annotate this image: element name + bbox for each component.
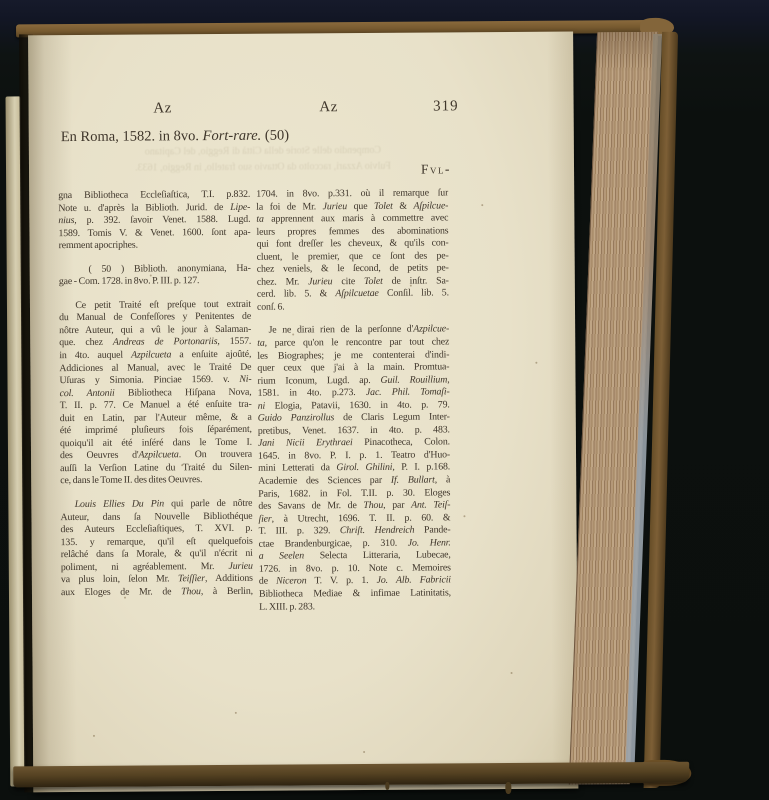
text-run: poliment, ni agréablement. Mr. [61, 561, 229, 573]
text-run: cluent, le premier, que ce ſont des pe- [257, 250, 449, 262]
text-run: relâché dans ſa Morale, & qu'il n'écrit … [61, 548, 253, 560]
text-run: 135. y remarque, qu'il eſt quelquefois [61, 535, 253, 547]
text-run: gna Bibliotheca Eccleſiaſtica, T.I. p.83… [58, 189, 250, 201]
text-run: quoiqu'il ait été inſéré dans le Tome I. [60, 437, 252, 449]
italic-text-run: Niceron [276, 576, 306, 587]
text-run: Je ne dirai rien de la perſonne d' [257, 324, 413, 336]
text-run: pretibus, Venet. 1637. in 4to. p. 483. [258, 424, 450, 436]
text-line: L. XIII. p. 283. [259, 600, 451, 614]
text-run: , à Berlin, [201, 586, 253, 597]
text-run: Note u. d'après la Biblioth. Jurid. de [58, 201, 230, 213]
italic-text-run: Azpilcue- [413, 324, 449, 335]
text-run: 1704. in 8vo. p.331. où il remarque ſur [256, 187, 448, 199]
ink-speck [150, 274, 152, 276]
text-run: T. V. p. 1. [306, 575, 376, 586]
text-run: leurs propres femmes des abominations [256, 225, 448, 237]
text-run: qui font dreſſer les cheveux, & qu'ils c… [257, 238, 449, 250]
catchword: Fvl- [359, 161, 451, 178]
text-line: aux Eloges de Mr. de Thou, à Berlin, [61, 586, 253, 600]
text-run: cerd. lib. 5. & [257, 289, 336, 301]
text-run: chez. Mr. [257, 276, 308, 287]
photo-background: { "page": { "header": { "left_title": "A… [0, 0, 769, 800]
running-title-right: Az [307, 99, 351, 116]
italic-text-run: Aſpilcue- [413, 200, 448, 211]
text-run: 1589. Tomis V. & Venet. 1600. ſont apa- [58, 226, 250, 238]
italic-text-run: Ni- [239, 374, 251, 385]
italic-text-run: Thou [363, 500, 383, 511]
italic-text-run: Guido Panzirollus [258, 412, 334, 424]
text-run: remment apocriphes. [59, 240, 138, 252]
text-run: Auteur, dans ſa Nouvelle Bibliothéque [60, 510, 252, 522]
italic-text-run: Aſpilcuetae [335, 288, 378, 299]
text-run: a enſuite ajoûté, [171, 349, 251, 361]
text-run: mini Letterati da [258, 463, 336, 475]
text-run: 1645. in 8vo. P. I. p. 1. Teatro d'Huo- [258, 449, 450, 461]
text-run: qui parle de nôtre [164, 498, 252, 510]
text-column-left: gna Bibliotheca Eccleſiaſtica, T.I. p.83… [58, 189, 253, 600]
italic-text-run: Jo. Alb. Fabricii [377, 575, 451, 587]
italic-text-run: ſier [258, 513, 271, 524]
text-run: des Oeuvres d' [60, 450, 139, 462]
cover-frayed-bit [505, 782, 511, 794]
text-run: T. II. p. 77. Ce Manuel a été enſuite tr… [60, 399, 252, 411]
text-run: . On trouvera [179, 449, 252, 461]
text-run: Bibliotheca Hiſpana Nova, [115, 386, 252, 398]
text-run: auſſi la Verſion Latine du Traité du Sil… [60, 462, 252, 474]
text-run: Addiciones al Manual, avec le Traité De [59, 361, 251, 373]
text-run: , 1557. [217, 336, 251, 347]
text-run: , [447, 374, 449, 385]
italic-text-run: Lipe- [230, 201, 250, 212]
ink-speck [363, 751, 365, 753]
italic-text-run: Thou [181, 586, 201, 597]
text-run: 1726. in 8vo. p. 10. Note c. Memoires [259, 562, 451, 574]
text-run: Uſuras y Simonia. Pinciae 1569. v. [59, 374, 239, 386]
text-run: , par [383, 500, 411, 511]
italic-text-run: Andreas de Portonariis [113, 336, 218, 348]
text-run: de [259, 576, 276, 587]
ink-speck [235, 712, 237, 714]
text-run: p. 392. ſavoir Venet. 1588. Lugd. [77, 214, 251, 226]
book-page: Compendio delle Storie della Città di Re… [28, 32, 578, 793]
text-line: ( 50 ) Biblioth. anonymiana, Ha- [59, 263, 251, 277]
text-run: des Auteurs Eccleſiaſtiques, T. XVI. p. [60, 523, 252, 535]
text-run: , à Utrecht, 1696. T. II. p. 60. & [272, 512, 451, 524]
text-run: Academie des Sciences par [258, 475, 391, 487]
ink-speck [463, 515, 465, 517]
text-run: , Additions [205, 573, 253, 584]
text-run: les Biographes; je me contenterai d'indi… [257, 349, 449, 361]
text-run: Paris, 1682. in Fol. T.II. p. 30. Eloges [258, 487, 450, 499]
cover-frayed-bit [385, 782, 389, 790]
text-run: , P. I. p.168. [392, 462, 450, 473]
text-line: auſſi la Verſion Latine du Traité du Sil… [60, 462, 252, 476]
ink-speck [124, 597, 126, 599]
ink-speck [93, 735, 95, 737]
text-run: ce, dans le Tome II. des dites Oeuvres. [60, 475, 202, 487]
text-run: des Savans de Mr. de [258, 500, 363, 512]
ink-speck [410, 285, 412, 287]
text-run: la foi de Mr. [256, 201, 322, 212]
italic-text-run: Louis Ellies Du Pin [75, 498, 164, 510]
italic-text-run: Azpilcueta [131, 349, 171, 360]
text-run: Elogia, Patavii, 1630. in 4to. p. 79. [265, 399, 450, 411]
text-run: Pande- [414, 525, 450, 536]
italic-text-run: Jo. Henr. [408, 537, 451, 548]
text-run: de inſtr. Sa- [383, 275, 449, 286]
italic-text-run: Jurieu [308, 276, 332, 287]
ink-speck [511, 672, 513, 674]
italic-text-run: a Seelen [259, 551, 304, 562]
text-run: gae - Com. 1728. in 8vo. P. III. p. 127. [59, 275, 200, 287]
page-content: Compendio delle Storie della Città di Re… [28, 32, 578, 793]
text-run: 1581. in 4to. p.273. [258, 387, 366, 399]
text-run: L. XIII. p. 283. [259, 601, 315, 612]
italic-text-run: Jani Nicii Erythraei [258, 437, 353, 449]
edition-line: En Roma, 1582. in 8vo. Fort-rare. (50) [61, 126, 461, 146]
text-run: T. III. p. 329. [259, 525, 340, 537]
page-number: 319 [407, 98, 459, 115]
show-through-line: Compendio delle Storie della Città di Re… [65, 144, 461, 158]
text-run: Pinacotheca, Colon. [353, 437, 450, 449]
text-run: que [347, 200, 374, 211]
text-run: de Claris Legum Inter- [334, 412, 450, 424]
ink-speck [481, 204, 483, 206]
text-run [60, 499, 74, 510]
text-run: duit en Latin, par l'Auteur même, & a [60, 412, 252, 424]
text-run: va plus loin, ſelon Mr. [61, 574, 178, 586]
text-run: conſ. 6. [257, 301, 285, 312]
text-run: En Roma, 1582. in 8vo. [61, 128, 203, 145]
text-run: que. chez [59, 337, 113, 348]
text-run: apprennent aux maris à commettre avec [264, 212, 449, 224]
text-run: quer ceux que j'ai à la main. Promtua- [257, 361, 449, 373]
text-column-right: 1704. in 8vo. p.331. où il remarque ſurl… [256, 187, 451, 613]
running-title-left: Az [141, 100, 185, 117]
text-run: aux Eloges de Mr. de [61, 586, 181, 598]
italic-text-run: Chriſt. Hendreich [340, 525, 415, 537]
text-run: , à [435, 474, 451, 485]
book: Compendio delle Storie della Città di Re… [0, 19, 725, 800]
italic-text-run: Azpilcueta [138, 450, 178, 461]
italic-text-run: Jac. Phil. Tomaſi- [366, 387, 450, 399]
text-run: in 4to. auquel [59, 350, 131, 362]
text-run: rium Iconum, Lugd. ap. [257, 375, 380, 387]
italic-text-run: Tolet [374, 200, 393, 211]
italic-text-run: Jurieu [323, 201, 347, 212]
text-run: , parce qu'on le rencontre par tout chez [265, 336, 450, 348]
text-run: Conſil. lib. 5. [379, 288, 449, 299]
text-run: Ce petit Traité eſt preſque tout extrait [59, 299, 251, 311]
ink-speck [181, 464, 183, 466]
italic-text-run: Guil. Rouillium [380, 374, 447, 385]
italic-text-run: Girol. Ghilini [336, 462, 392, 473]
text-run: ctae Brandenburgicae, p. 310. [259, 537, 408, 549]
text-run: chez veniels, & le ſecond, de petits pe- [257, 263, 449, 275]
text-line: cerd. lib. 5. & Aſpilcuetae Conſil. lib.… [257, 288, 449, 302]
text-run: ( 50 ) Biblioth. anonymiana, Ha- [59, 263, 251, 275]
italic-text-run: Tolet [364, 276, 383, 287]
text-run: Selecta Litteraria, Lubecae, [304, 550, 451, 562]
text-run: du Manual de Confeſſores y Penitentes de [59, 311, 251, 323]
ink-speck [535, 362, 537, 364]
italic-text-run: Fort-rare. [203, 128, 262, 144]
italic-text-run: If. Bullart [391, 475, 435, 486]
text-run: nôtre Auteur, qui a vû le jour à Salaman… [59, 324, 251, 336]
ink-speck [292, 333, 294, 335]
italic-text-run: nius, [58, 215, 76, 226]
italic-text-run: Jurieu [228, 561, 252, 572]
italic-text-run: col. Antonii [60, 387, 115, 398]
text-run: Bibliotheca Mediae & infimae Latinitatis… [259, 587, 451, 599]
text-run: été imprimé pluſieurs fois ſéparément, [60, 424, 252, 436]
text-run: & [393, 200, 414, 211]
text-run: (50) [261, 127, 289, 143]
italic-text-run: Ant. Teiſ- [411, 500, 450, 511]
text-run: cite [332, 276, 364, 287]
italic-text-run: Teiſſier [178, 573, 205, 584]
text-line: 1589. Tomis V. & Venet. 1600. ſont apa- [58, 226, 250, 240]
text-line: Bibliotheca Mediae & infimae Latinitatis… [259, 587, 451, 601]
